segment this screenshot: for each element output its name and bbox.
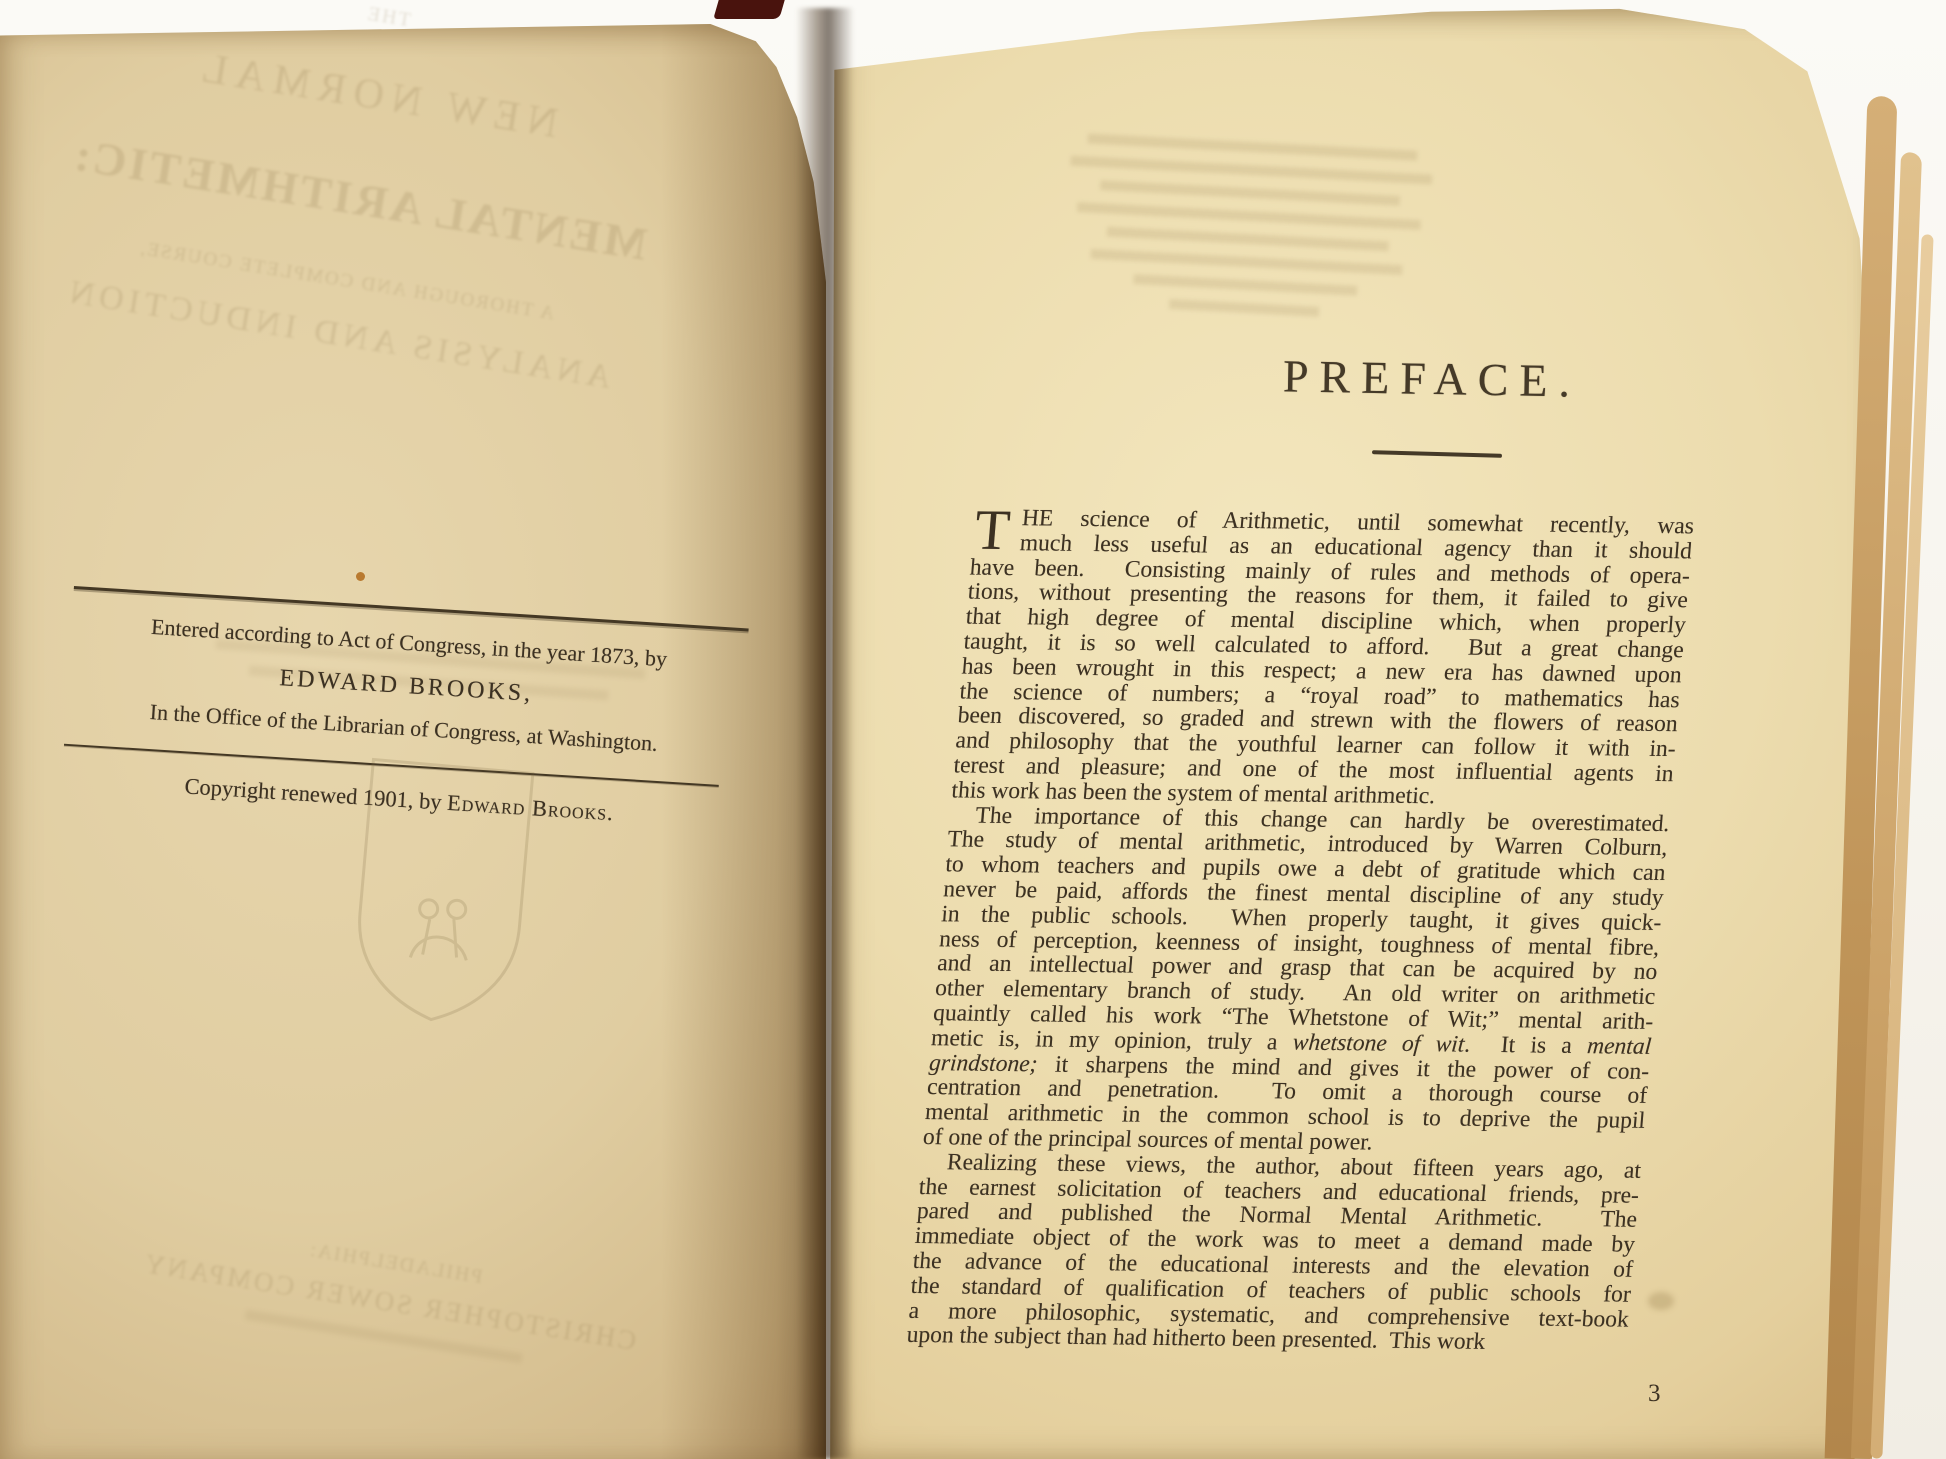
publisher-emblem-ghost (341, 753, 544, 1036)
ghost-text-bar (1077, 202, 1421, 230)
spine-gutter-shadow (796, 8, 854, 1459)
book-photo: THE NEW NORMAL MENTAL ARITHMETIC: A THOR… (0, 0, 1946, 1459)
ghost-text-bar (1133, 274, 1357, 296)
ghost-text-bar (1169, 299, 1319, 317)
dust-speck (356, 572, 365, 581)
paper-smudge (1648, 1292, 1674, 1310)
book-cover-peek (713, 0, 784, 19)
page-number: 3 (1648, 1380, 1661, 1408)
ghost-text-bar (1070, 156, 1432, 185)
bleed-through-text (1043, 132, 1452, 337)
ghost-text-bar (1100, 180, 1400, 206)
page-title: PREFACE. (1252, 349, 1613, 408)
drop-cap: T (973, 506, 1012, 556)
ghost-text-bar (1107, 227, 1389, 252)
preface-body: T HE science of Arithmetic, until somewh… (906, 506, 1695, 1357)
ghost-text-bar (1090, 249, 1402, 275)
